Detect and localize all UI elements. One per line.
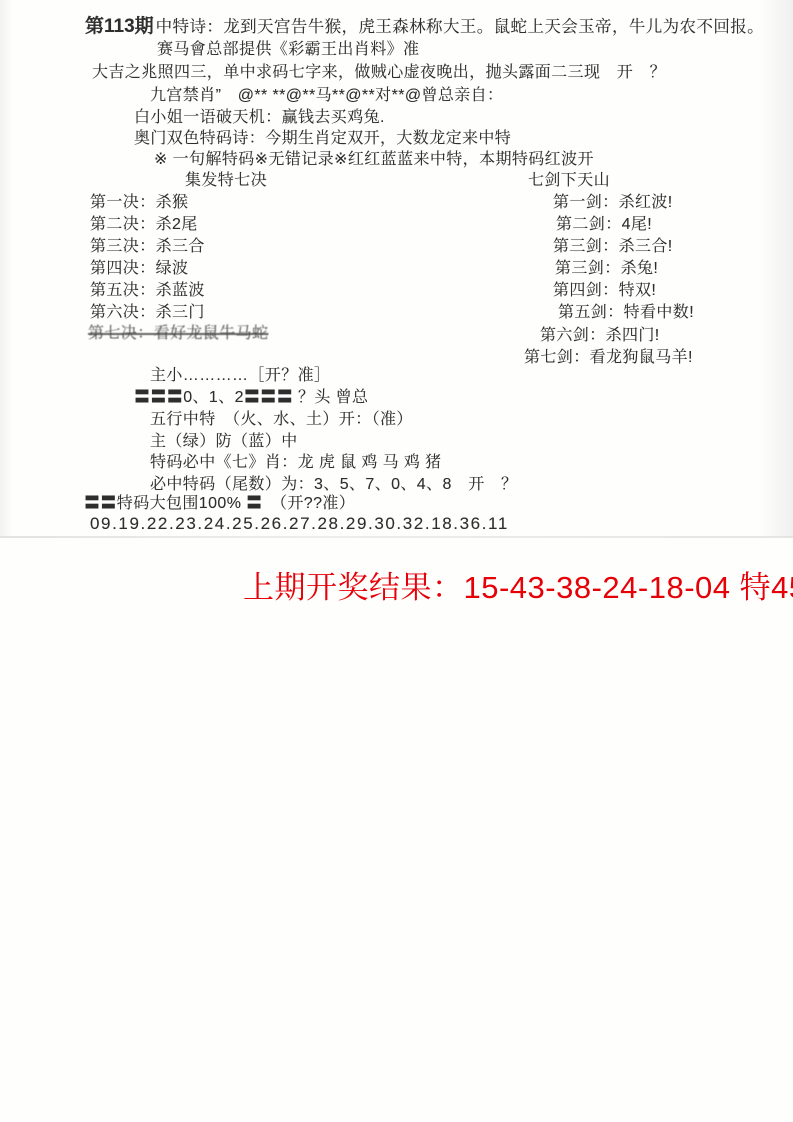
wuxing-line: 五行中特 （火、水、土）开：（准）	[150, 410, 413, 430]
jiugong-line: 九宫禁肖” @** **@**马**@**对**@曾总亲自：	[150, 86, 503, 106]
right-row-8: 第七剑：看龙狗鼠马羊!	[524, 348, 693, 368]
provider-line: 赛马會总部提供《彩霸王出肖料》准	[157, 40, 419, 60]
censor-blocks-line: 〓〓〓0、1、2〓〓〓 ？头 曾总	[134, 388, 368, 408]
luck-poem-line: 大吉之兆照四三，单中求码七字来，做贼心虚夜晚出，抛头露面二三现 开 ？	[92, 63, 666, 83]
right-row-7: 第六剑：杀四门!	[540, 326, 660, 346]
right-row-5: 第四剑：特双!	[553, 281, 656, 301]
aomen-line: 奥门双色特码诗：今期生肖定双开，大数龙定来中特	[134, 129, 511, 149]
left-column-title: 集发特七决	[185, 171, 267, 191]
left-row-6: 第六决：杀三门	[90, 303, 205, 323]
left-row-1: 第一决：杀猴	[90, 193, 188, 213]
baixiaojie-line: 白小姐一语破天机：赢钱去买鸡兔.	[134, 108, 385, 128]
right-row-6: 第五剑：特看中数!	[558, 303, 694, 323]
previous-draw-result: 上期开奖结果：15-43-38-24-18-04 特45	[243, 570, 793, 606]
bizhong-xiao-line: 特码必中《七》肖：龙 虎 鼠 鸡 马 鸡 猪	[150, 453, 441, 473]
zhulv-line: 主（绿）防（蓝）中	[150, 432, 298, 452]
left-row-3: 第三决：杀三合	[90, 237, 205, 257]
dabaowei-line: 〓〓特码大包围100% 〓 （开??准）	[84, 494, 355, 514]
left-row-2: 第二决：杀2尾	[90, 215, 198, 235]
scanned-tip-sheet: 第113期中特诗：龙到天宫告牛猴，虎王森林称大王。鼠蛇上天会玉帝，牛儿为农不回报…	[0, 0, 793, 1122]
zhuxiao-line: 主小…………［开？准］	[150, 366, 330, 386]
numbers-line: 09.19.22.23.24.25.26.27.28.29.30.32.18.3…	[90, 514, 509, 534]
left-row-4: 第四决：绿波	[90, 259, 188, 279]
issue-number: 第113期	[85, 16, 156, 37]
jieyi-line: ※ 一句解特码※无错记录※红红蓝蓝来中特，本期特码红波开	[154, 150, 594, 170]
left-row-7: 第七决：看好龙鼠牛马蛇	[88, 324, 268, 344]
title-poem: 中特诗：龙到天宫告牛猴，虎王森林称大王。鼠蛇上天会玉帝，牛儿为农不回报。	[156, 18, 764, 36]
title-line: 第113期中特诗：龙到天宫告牛猴，虎王森林称大王。鼠蛇上天会玉帝，牛儿为农不回报…	[85, 17, 764, 37]
right-row-4: 第三剑：杀兔!	[555, 259, 658, 279]
right-row-3: 第三剑：杀三合!	[553, 237, 673, 257]
right-row-2: 第二剑：4尾!	[556, 215, 652, 235]
scan-edge-divider	[0, 536, 793, 538]
right-row-1: 第一剑：杀红波!	[553, 193, 673, 213]
right-column-title: 七剑下天山	[528, 171, 610, 191]
bizhong-wei-line: 必中特码（尾数）为：3、5、7、0、4、8 开 ？	[150, 475, 517, 495]
left-row-5: 第五决：杀蓝波	[90, 281, 205, 301]
